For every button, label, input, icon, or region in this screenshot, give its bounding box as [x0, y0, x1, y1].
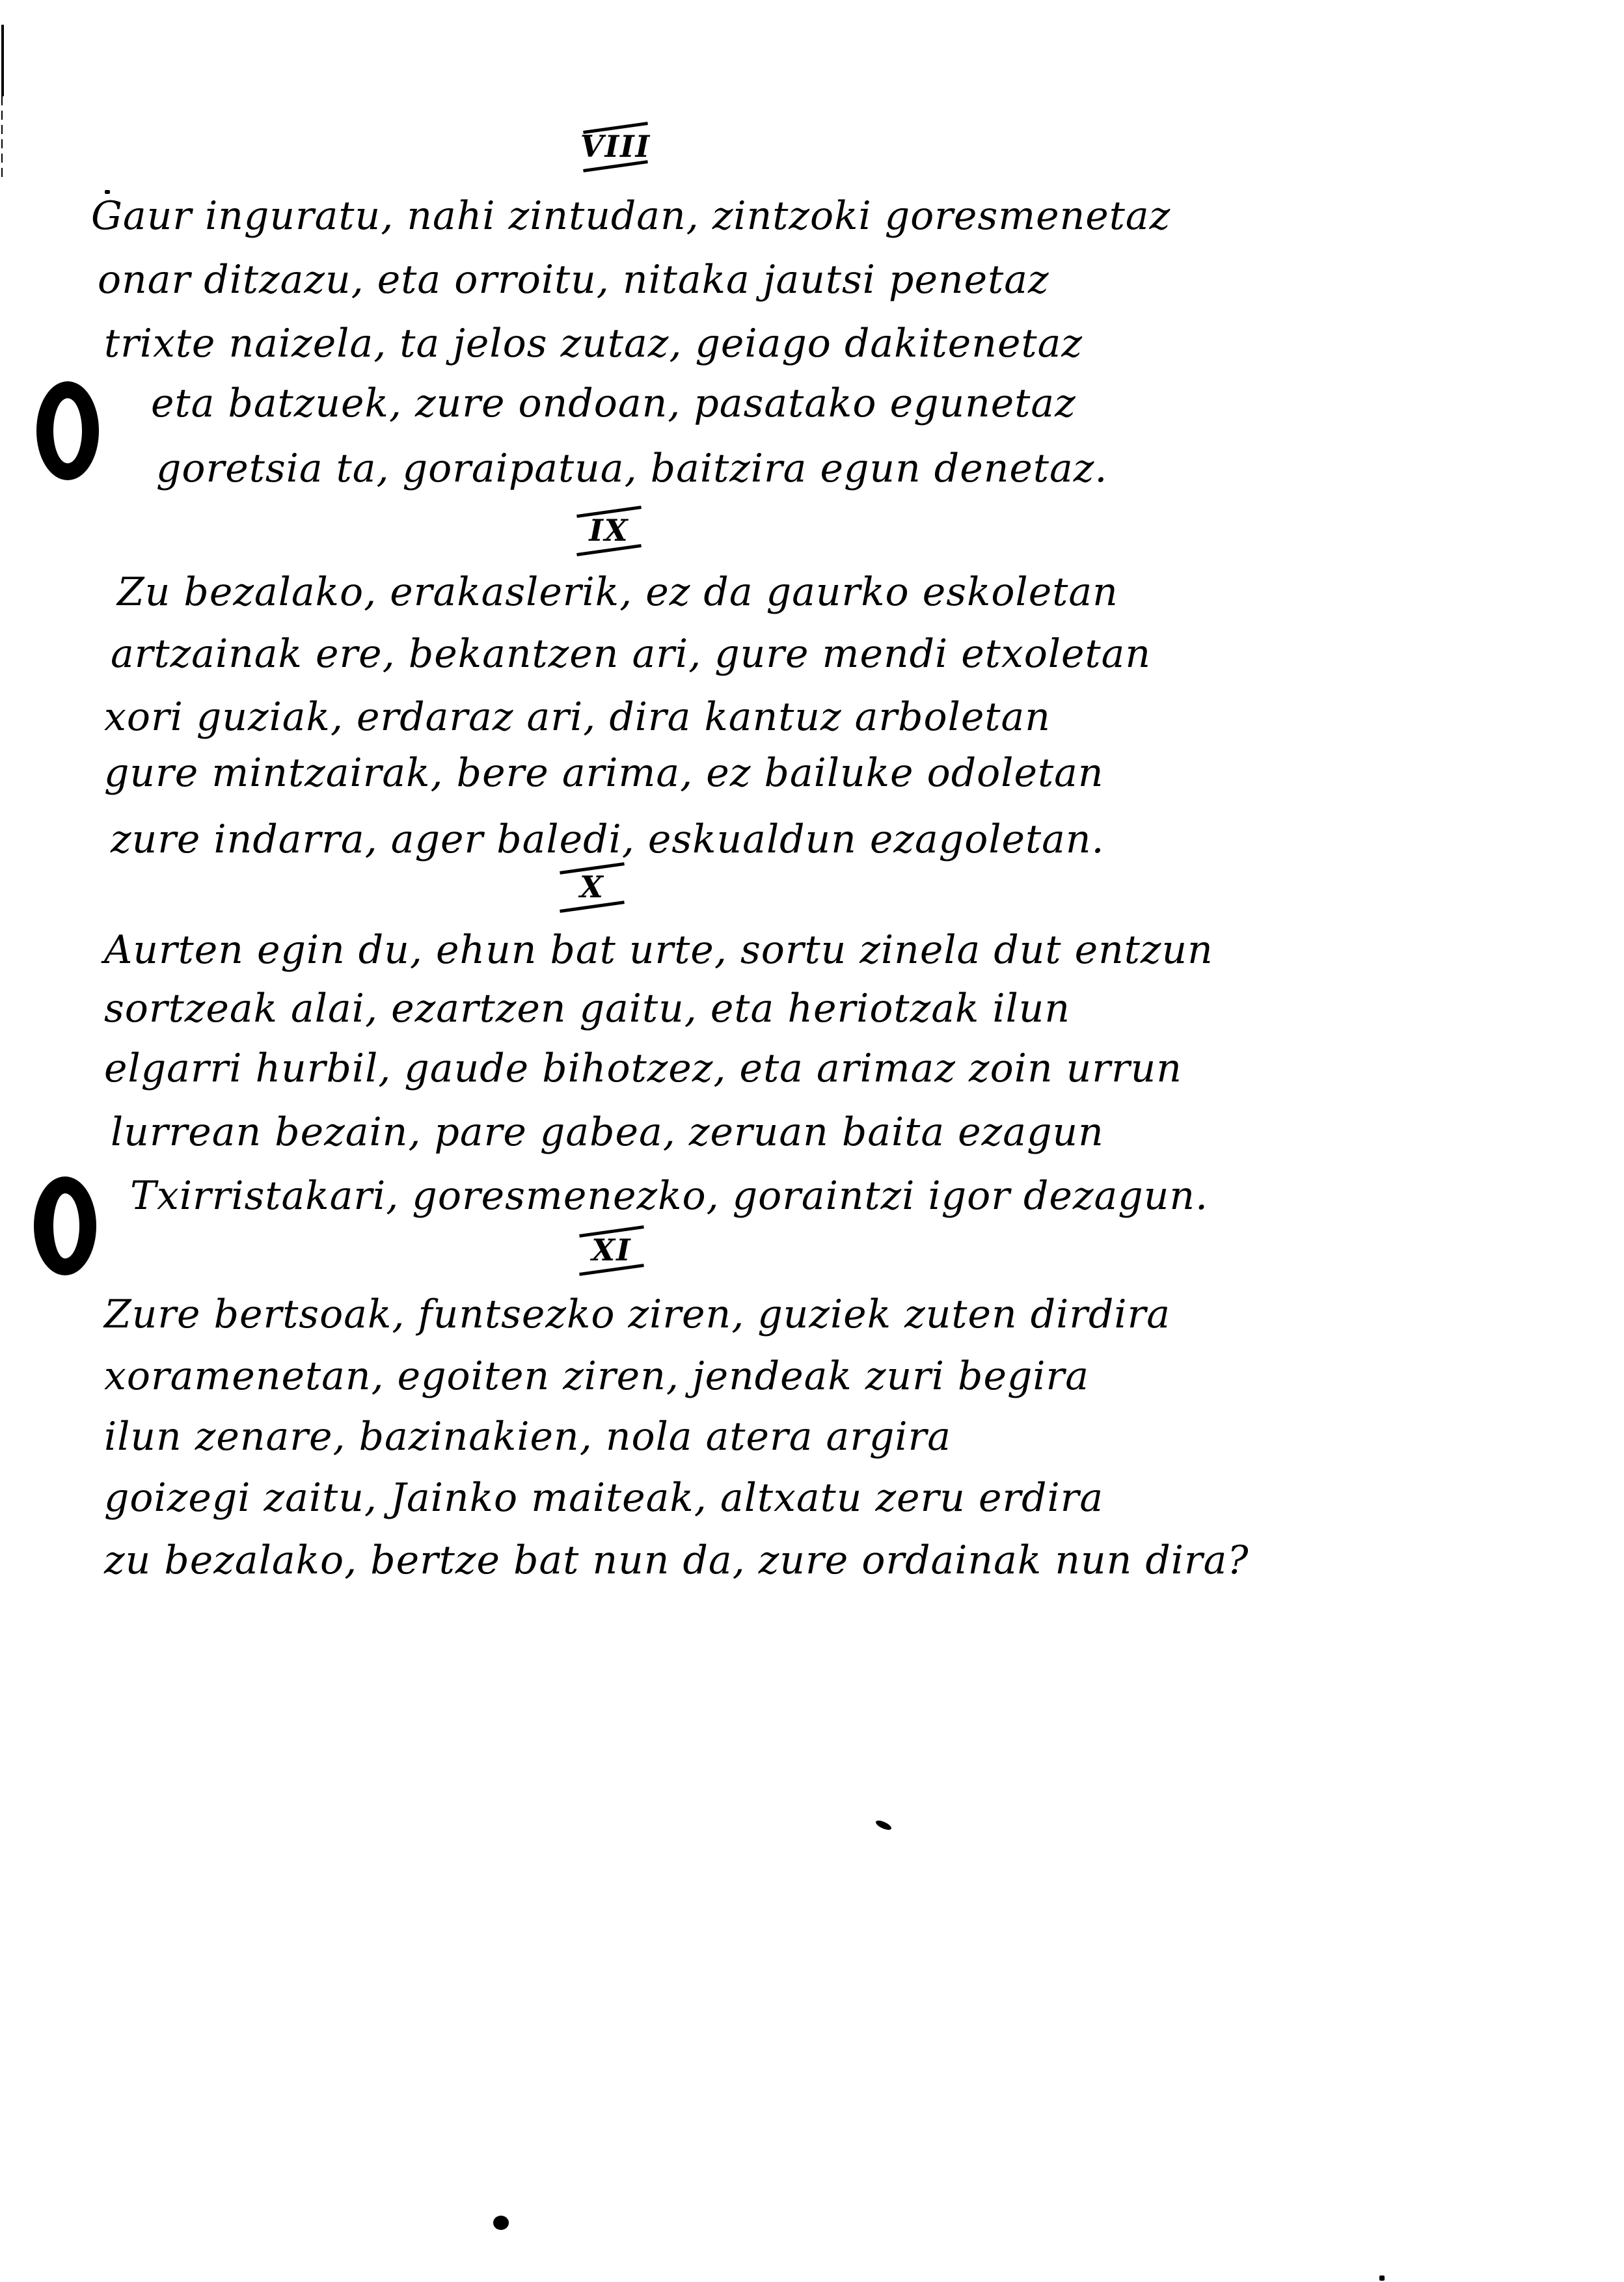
verse-line: trixte naizela, ta jelos zutaz, geiago d… [104, 324, 1083, 363]
verse-line: elgarri hurbil, gaude bihotzez, eta arim… [104, 1049, 1182, 1088]
verse-line: lurrean bezain, pare gabea, zeruan baita… [111, 1113, 1104, 1152]
verse-line: xori guziak, erdaraz ari, dira kantuz ar… [104, 698, 1051, 737]
verse-line: Gaur inguratu, nahi zintudan, zintzoki g… [91, 197, 1171, 236]
verse-line: zu bezalako, bertze bat nun da, zure ord… [104, 1541, 1249, 1580]
left-margin-rule [1, 25, 4, 96]
verse-line: Zure bertsoak, funtsezko ziren, guziek z… [104, 1295, 1171, 1334]
verse-line: artzainak ere, bekantzen ari, gure mendi… [111, 634, 1151, 673]
verse-line: sortzeak alai, ezartzen gaitu, eta herio… [104, 989, 1070, 1028]
stanza-numeral-x: X [540, 872, 644, 902]
verse-line: goretsia ta, goraipatua, baitzira egun d… [156, 449, 1107, 488]
verse-line: goizegi zaitu, Jainko maiteak, altxatu z… [104, 1478, 1103, 1517]
stanza-numeral-viii: VIII [563, 131, 668, 161]
verse-line: zure indarra, ager baledi, eskualdun eza… [111, 820, 1105, 859]
left-margin-rule-dashed [1, 96, 3, 181]
verse-line: xoramenetan, egoiten ziren, jendeak zuri… [104, 1357, 1089, 1396]
verse-line: ilun zenare, bazinakien, nola atera argi… [104, 1417, 951, 1456]
stanza-numeral-ix: IX [557, 515, 661, 545]
punch-hole-icon [34, 1176, 96, 1275]
punch-hole-icon [36, 381, 99, 480]
verse-line: Aurten egin du, ehun bat urte, sortu zin… [104, 930, 1213, 970]
verse-line: Txirristakari, goresmenezko, goraintzi i… [130, 1176, 1208, 1216]
verse-line: gure mintzairak, bere arima, ez bailuke … [104, 754, 1104, 793]
verse-line: eta batzuek, zure ondoan, pasatako egune… [151, 384, 1076, 423]
stanza-numeral-xi: XI [560, 1235, 664, 1265]
ink-mark [874, 1819, 893, 1832]
verse-line: onar ditzazu, eta orroitu, nitaka jautsi… [98, 260, 1049, 299]
verse-line: Zu bezalako, erakaslerik, ez da gaurko e… [117, 573, 1118, 612]
ink-dot [493, 2216, 509, 2230]
manuscript-page: VIII Gaur inguratu, nahi zintudan, zintz… [0, 0, 1624, 2282]
ink-speck [1379, 2275, 1385, 2281]
